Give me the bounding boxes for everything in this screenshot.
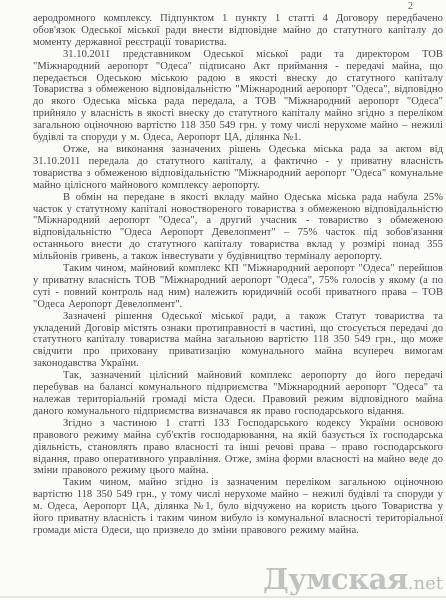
paragraph: Згідно з частиною 1 статті 133 Господарс…	[33, 418, 443, 478]
paragraph: Таким чином, майновий комплекс КП "Міжна…	[33, 263, 443, 311]
paragraph: аеродромного комплексу. Підпунктом 1 пун…	[33, 13, 443, 49]
watermark-brand: Думская	[263, 562, 408, 596]
paragraph: 31.10.2011 представником Одеської місько…	[33, 49, 443, 144]
paragraph: Таким чином, майно згідно із зазначеним …	[33, 477, 443, 537]
watermark-domain-suffix: .net	[408, 573, 443, 594]
paragraph: Зазначені рішення Одеської міської ради,…	[33, 311, 443, 371]
page-number: 2	[408, 1, 413, 12]
document-body: аеродромного комплексу. Підпунктом 1 пун…	[33, 13, 443, 537]
scan-artifact-line	[0, 596, 446, 598]
watermark: Думская.net	[263, 562, 443, 596]
scanned-document-page: 2 аеродромного комплексу. Підпунктом 1 п…	[0, 0, 446, 600]
paragraph: В обмін на передане в якості вкладу майн…	[33, 192, 443, 263]
paragraph: Так, зазначений цілісний майновий компле…	[33, 370, 443, 418]
paragraph: Отже, на виконання зазначених рішень Оде…	[33, 144, 443, 192]
